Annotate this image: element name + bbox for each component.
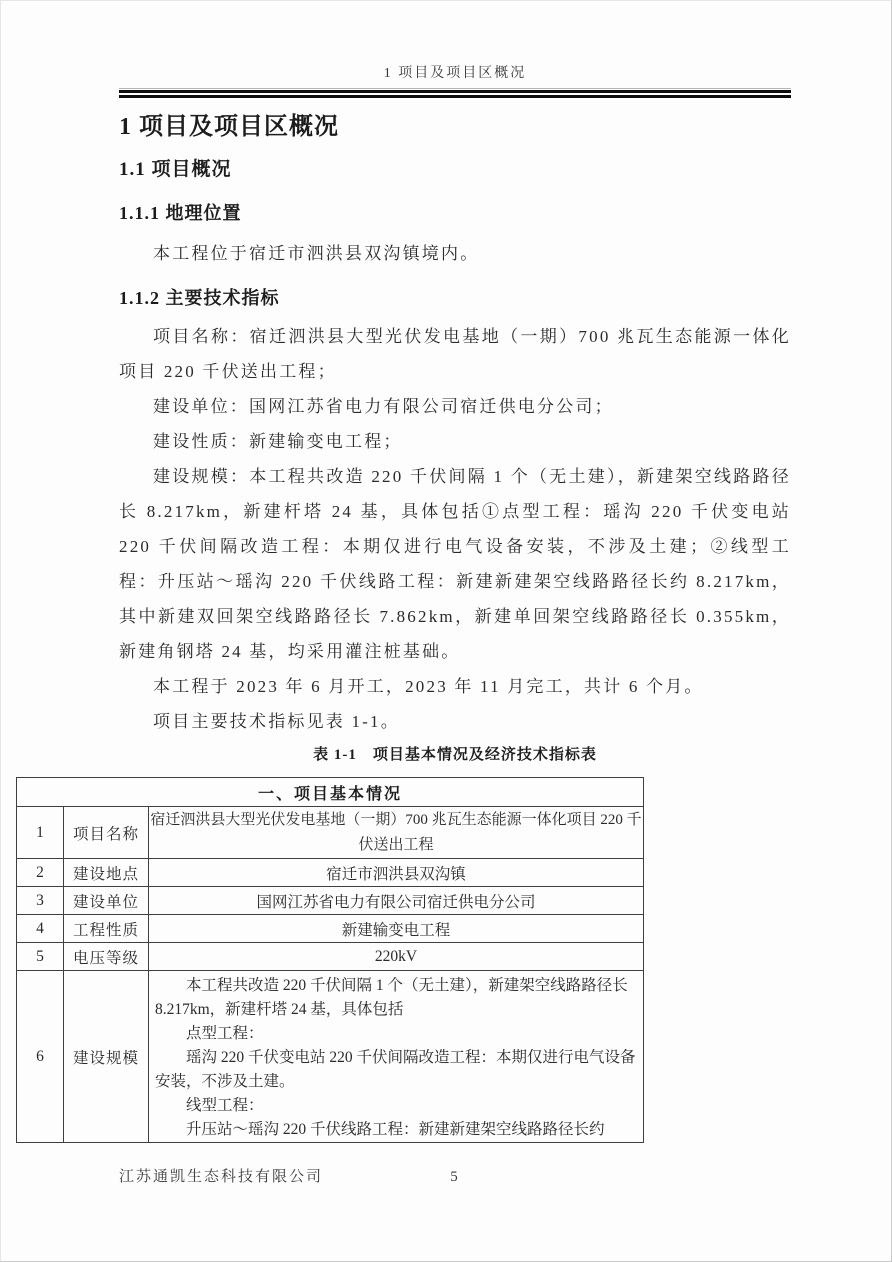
row-number: 1: [17, 807, 64, 859]
row-value: 宿迁泗洪县大型光伏发电基地（一期）700 兆瓦生态能源一体化项目 220 千伏送…: [149, 807, 644, 859]
row-label: 项目名称: [64, 807, 149, 859]
heading-subsection-tech-indicators: 1.1.2 主要技术指标: [119, 287, 791, 309]
scale-line: 8.217km，新建杆塔 24 基，具体包括: [155, 998, 637, 1022]
page-content: 1 项目及项目区概况 1 项目及项目区概况 1.1 项目概况 1.1.1 地理位…: [1, 1, 891, 765]
scale-line: 瑶沟 220 千伏变电站 220 千伏间隔改造工程：本期仅进行电气设备: [155, 1046, 637, 1070]
row-label: 电压等级: [64, 943, 149, 971]
scale-line: 线型工程：: [155, 1094, 637, 1118]
page-footer: 江苏通凯生态科技有限公司 5: [119, 1167, 789, 1187]
table-row-scale: 6 建设规模 本工程共改造 220 千伏间隔 1 个（无土建），新建架空线路路径…: [17, 971, 644, 1143]
project-info-table: 一、项目基本情况 1 项目名称 宿迁泗洪县大型光伏发电基地（一期）700 兆瓦生…: [16, 777, 644, 1143]
heading-subsection-location: 1.1.1 地理位置: [119, 202, 791, 224]
document-page: 1 项目及项目区概况 1 项目及项目区概况 1.1 项目概况 1.1.1 地理位…: [0, 0, 892, 1262]
scale-line: 安装，不涉及土建。: [155, 1070, 637, 1094]
paragraph-schedule: 本工程于 2023 年 6 月开工，2023 年 11 月完工，共计 6 个月。: [119, 669, 791, 704]
scale-line: 点型工程：: [155, 1022, 637, 1046]
header-rule-top-bar: [119, 90, 791, 93]
table-caption: 表 1-1 项目基本情况及经济技术指标表: [119, 745, 791, 765]
page-number: 5: [119, 1167, 789, 1187]
table-row-location: 2 建设地点 宿迁市泗洪县双沟镇: [17, 859, 644, 887]
row-number: 5: [17, 943, 64, 971]
row-number: 3: [17, 887, 64, 915]
running-head: 1 项目及项目区概况: [119, 1, 791, 83]
row-label: 建设规模: [64, 971, 149, 1143]
paragraph-nature: 建设性质：新建输变电工程；: [119, 424, 791, 459]
heading-chapter: 1 项目及项目区概况: [119, 113, 791, 141]
row-value: 新建输变电工程: [149, 915, 644, 943]
header-rule-thin-line: [119, 88, 791, 89]
paragraph-scale: 建设规模：本工程共改造 220 千伏间隔 1 个（无土建），新建架空线路路径长 …: [119, 459, 791, 669]
paragraph-project-name: 项目名称：宿迁泗洪县大型光伏发电基地（一期）700 兆瓦生态能源一体化项目 22…: [119, 319, 791, 389]
row-label: 工程性质: [64, 915, 149, 943]
table-section-header: 一、项目基本情况: [17, 778, 644, 807]
paragraph-builder: 建设单位：国网江苏省电力有限公司宿迁供电分公司；: [119, 389, 791, 424]
paragraph-table-reference: 项目主要技术指标见表 1-1。: [119, 704, 791, 739]
scale-line: 升压站～瑶沟 220 千伏线路工程：新建新建架空线路路径长约: [155, 1118, 637, 1142]
table-section-row: 一、项目基本情况: [17, 778, 644, 807]
row-value-multiline: 本工程共改造 220 千伏间隔 1 个（无土建），新建架空线路路径长 8.217…: [149, 971, 644, 1143]
row-value: 国网江苏省电力有限公司宿迁供电分公司: [149, 887, 644, 915]
table-row-builder: 3 建设单位 国网江苏省电力有限公司宿迁供电分公司: [17, 887, 644, 915]
row-number: 2: [17, 859, 64, 887]
header-rule: [119, 88, 791, 98]
row-number: 4: [17, 915, 64, 943]
row-value: 220kV: [149, 943, 644, 971]
row-value: 宿迁市泗洪县双沟镇: [149, 859, 644, 887]
table-row-voltage: 5 电压等级 220kV: [17, 943, 644, 971]
heading-section-overview: 1.1 项目概况: [119, 159, 791, 181]
row-label: 建设单位: [64, 887, 149, 915]
header-rule-bottom-bar: [119, 95, 791, 98]
row-label: 建设地点: [64, 859, 149, 887]
scale-line: 本工程共改造 220 千伏间隔 1 个（无土建），新建架空线路路径长: [155, 974, 637, 998]
row-number: 6: [17, 971, 64, 1143]
table-row-nature: 4 工程性质 新建输变电工程: [17, 915, 644, 943]
paragraph-location: 本工程位于宿迁市泗洪县双沟镇境内。: [119, 236, 791, 271]
table-row-project-name: 1 项目名称 宿迁泗洪县大型光伏发电基地（一期）700 兆瓦生态能源一体化项目 …: [17, 807, 644, 859]
